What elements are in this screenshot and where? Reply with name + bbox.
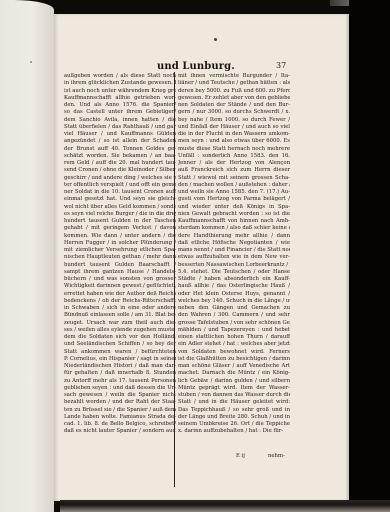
text-line: dere Handthierung mehr allhie / dann: [178, 233, 290, 240]
text-line: außgeben worden / als diese Statt noch: [64, 73, 176, 80]
text-line: P. Cornelius, ein Hispanier / sagt in se…: [64, 356, 176, 363]
text-line: und Seeländischen Schiffen / so bey der: [64, 341, 176, 348]
text-line: nischen Hauptleuten gethan / mehr dann: [64, 254, 176, 261]
text-line: stuben / von dannen das Wasser durch die: [178, 392, 290, 399]
text-line: liäner / und Teutsche / gethan hätten : …: [178, 80, 290, 87]
text-line: Unfäll : sonderlich Anno 1583. den 16.: [178, 153, 290, 160]
text-line: Statt / und in die Häuser geleitet wird:: [178, 399, 290, 406]
text-line: ist auch noch unter währendem Krieg gros…: [64, 88, 176, 95]
text-line: Statt / wiewol mit seinem grossen Scha-: [178, 175, 290, 182]
text-line: Jenner / als der Hertzog von Alençon: [178, 160, 290, 167]
text-line: Statt ankommen waren / befürchteten: [64, 349, 176, 356]
text-line: errettet haben wie der Author deß Reichs…: [64, 291, 176, 298]
paper-speck: [214, 38, 217, 41]
text-line: der Brunst auff 40. Tonnen Goldes ge-: [64, 146, 176, 153]
text-line: wol nicht über alles Geld kommen / sonde…: [64, 204, 176, 211]
text-line: mählden / und Tapezereyen : und hebet: [178, 327, 290, 334]
text-line: Herren Fugger / in solcher Plünderung /: [64, 240, 176, 247]
text-line: ist die Glaßhütten zu besichtigen / dari…: [178, 356, 290, 363]
text-line: schätzt worden. Sie bekamen / an baa-: [64, 153, 176, 160]
scan-edge-bottom: [60, 500, 390, 512]
text-line: zeuget. Ursach war zum theil auch die-: [64, 320, 176, 327]
paper-speck: [30, 61, 32, 63]
text-line: so das Castell unter ihrem Gebietiger/: [64, 109, 176, 116]
text-line: Wichtigkeit darinnen gewest / geflüchtet…: [64, 283, 176, 290]
left-text-column: außgeben worden / als diese Statt nochin…: [64, 73, 176, 436]
right-text-column: mit ihnen vermischte Burgunder / Ita-liä…: [178, 73, 290, 436]
left-facing-page: [0, 0, 54, 512]
text-line: nen Soldaten der Stände / und den Bur-: [178, 102, 290, 109]
text-line: Lande haben wolte. Famianus Strada de-: [64, 414, 176, 421]
text-line: den Wahren / 300. Cammern / und sehr: [178, 312, 290, 319]
text-line: büchern / und was sonsten von grosser: [64, 276, 176, 283]
book-page: und Lunburg. 37 außgeben worden / als di…: [54, 14, 349, 501]
text-line: dem die Soldaten sich vor den Holländ.: [64, 334, 176, 341]
text-line: rem Geld / auff die 20. mal hundert tau-: [64, 160, 176, 167]
text-line: seinem Umbkreise 26. Ort / die Teppiche: [178, 421, 290, 428]
text-line: hauß allhie / das Osterlingische Hauß /: [178, 283, 290, 290]
text-line: angezündet / so ist allein der Schaden: [64, 138, 176, 145]
text-line: grosse Tafelstuben / von sehr schönen Ge…: [178, 320, 290, 327]
text-line: sterdam kommen / also daß schier keine a…: [178, 225, 290, 232]
text-line: und Einfall der Häuser / und auch so vie…: [178, 124, 290, 131]
text-line: bedenckens / ob der Reichs-Ritterschafft: [64, 298, 176, 305]
text-line: geschirr / und andere ding / welches sie…: [64, 175, 176, 182]
text-line: ses / weilen alles eylende zugehen muste…: [64, 327, 176, 334]
text-line: machet. Darnach die Müntz / ein König-: [178, 370, 290, 377]
running-head: und Lunburg.: [157, 61, 235, 72]
text-line: besserten Nassawischen Lorbeerkrantz / f…: [178, 262, 290, 269]
text-line: Kauffmannschafft von hinnen nach Amb-: [178, 218, 290, 225]
text-line: men seyn : und also etwas über 6000. Es: [178, 138, 290, 145]
text-line: mans nennt / und Financier / die Statt n…: [178, 247, 290, 254]
text-line: die in der Flucht in den Wassern umkom-: [178, 131, 290, 138]
text-line: kommen. Wie dann / unter andern / die: [64, 233, 176, 240]
text-line: hundert tausent Gulden in der Taschen: [64, 218, 176, 225]
text-line: für gehalten / daß innerhalb 8. Stunden: [64, 370, 176, 377]
text-line: 5.4. stehet. Die Teutschen / oder Hanse: [178, 269, 290, 276]
text-line: Städte / haben absonderlich ein Kauff-: [178, 276, 290, 283]
text-line: den. Und als Anno 1576. die Spanier/: [64, 102, 176, 109]
scan-background: [349, 0, 390, 512]
text-line: in Schwaben / sich in eine oder andere: [64, 305, 176, 312]
text-line: bey nahe / Item 1000. so durch Fewer /: [178, 117, 290, 124]
page-number: 37: [276, 61, 286, 70]
text-line: viel Häuser / und Kauffmanns Gülden: [64, 131, 176, 138]
text-line: einen stattlichen hohen Thurn / darauff: [178, 334, 290, 341]
text-line: x. darinn auffzubehalten / hat : Die für…: [178, 428, 290, 435]
text-line: daß etliche Höfische Negotianten / wie: [178, 240, 290, 247]
catchword: nehm-: [268, 453, 285, 459]
text-line: geblieben seyen : und daß dessen die Ur-: [64, 385, 176, 392]
text-line: sach gewesen / weiln die Spanier nicht: [64, 392, 176, 399]
text-line: ner Soldat in die 10. tausent Cronen auf…: [64, 189, 176, 196]
text-line: gehabt / mit geringem Verlust / davon: [64, 225, 176, 232]
text-line: dem Sanchio Avila, innen hatten / die: [64, 117, 176, 124]
text-line: von Soldaten bewohnet wird. Ferners: [178, 349, 290, 356]
text-line: ter offentlich verspielt / und offt ein …: [64, 182, 176, 189]
text-line: Kauffmannschafft allhie getrieben wor-: [64, 95, 176, 102]
text-line: Müntz geprägt wird. Item der Wasser-: [178, 385, 290, 392]
text-line: bezahlt worden / und der Raht der Staa-: [64, 399, 176, 406]
text-line: es seyn viel reiche Burger / die in die …: [64, 211, 176, 218]
text-line: gewesen. Er zehlet aber von den gebliebe…: [178, 95, 290, 102]
text-line: auß Franckreich sich zum Herrn dieser: [178, 167, 290, 174]
text-line: ein Adler stehet / hat : welches aber je…: [178, 341, 290, 348]
text-line: oder Het klein Osterse Huys, genannt /: [178, 291, 290, 298]
text-line: ten zu Brüssel sie / die Spanier / auß d…: [64, 407, 176, 414]
text-line: neben den Gängen und Gemachen zu: [178, 305, 290, 312]
text-line: send Cronen / ohne die Kleinoder / Silbe…: [64, 167, 176, 174]
text-line: welches bey 140. Schuch in die Länge / u…: [178, 298, 290, 305]
text-line: muste diese Statt hernach noch mehrere: [178, 146, 290, 153]
text-line: einmal gesetzt hat. Und seyn sie gleich-: [64, 196, 176, 203]
text-line: Bündnuß einlassen solle / am 31. Blat be…: [64, 312, 176, 319]
text-line: in ihrem glücklichen Zustande gewesen. E…: [64, 80, 176, 87]
text-line: cad. 1. lib. 8. de Bello Belgico, schrei…: [64, 421, 176, 428]
text-line: nien Gewalt gebracht worden : so ist die: [178, 211, 290, 218]
text-line: zu Antorff mehr als 17. tausent Personen: [64, 378, 176, 385]
text-line: mit ziemlicher Versehrung etlichen Spa-: [64, 247, 176, 254]
text-line: man schöne Gläser / auff Venedische Art: [178, 363, 290, 370]
column-rule: [174, 72, 175, 487]
text-line: den / machen wollen / außstehen : daher …: [178, 182, 290, 189]
text-line: der Länge und Breite 280. Schuh / und in: [178, 414, 290, 421]
text-line: sampt ihrem gantzen Hause / Handels-: [64, 269, 176, 276]
text-line: etwas auffzuhalten wie in dem New ver-: [178, 254, 290, 261]
text-line: Niederländischen Histori / daß man dar-: [64, 363, 176, 370]
text-line: hundert tausent Gulden Baarschafft /: [64, 262, 176, 269]
text-line: und weiln sie Anno 1585. den 7. (17.) Au…: [178, 189, 290, 196]
text-line: lich Gebäw / darinn gulden / und silbern: [178, 378, 290, 385]
signature-mark: E ij: [236, 453, 245, 459]
text-line: Das Teppichhauß / so sehr groß und in: [178, 407, 290, 414]
text-line: deren bey 5000. zu Fuß und 600. zu Pferd: [178, 88, 290, 95]
text-line: mit ihnen vermischte Burgunder / Ita-: [178, 73, 290, 80]
text-line: gern / nur 3000. so durchs Schwerdt / x.: [178, 109, 290, 116]
text-line: und wieder unter deß Königs in Spa-: [178, 204, 290, 211]
text-line: gusti vom Hertzog von Parma belägert /: [178, 196, 290, 203]
text-line: Statt überfielen / das Rahthauß / und ga…: [64, 124, 176, 131]
text-line: daß es nicht lauter Spanier / sondern au…: [64, 428, 176, 435]
